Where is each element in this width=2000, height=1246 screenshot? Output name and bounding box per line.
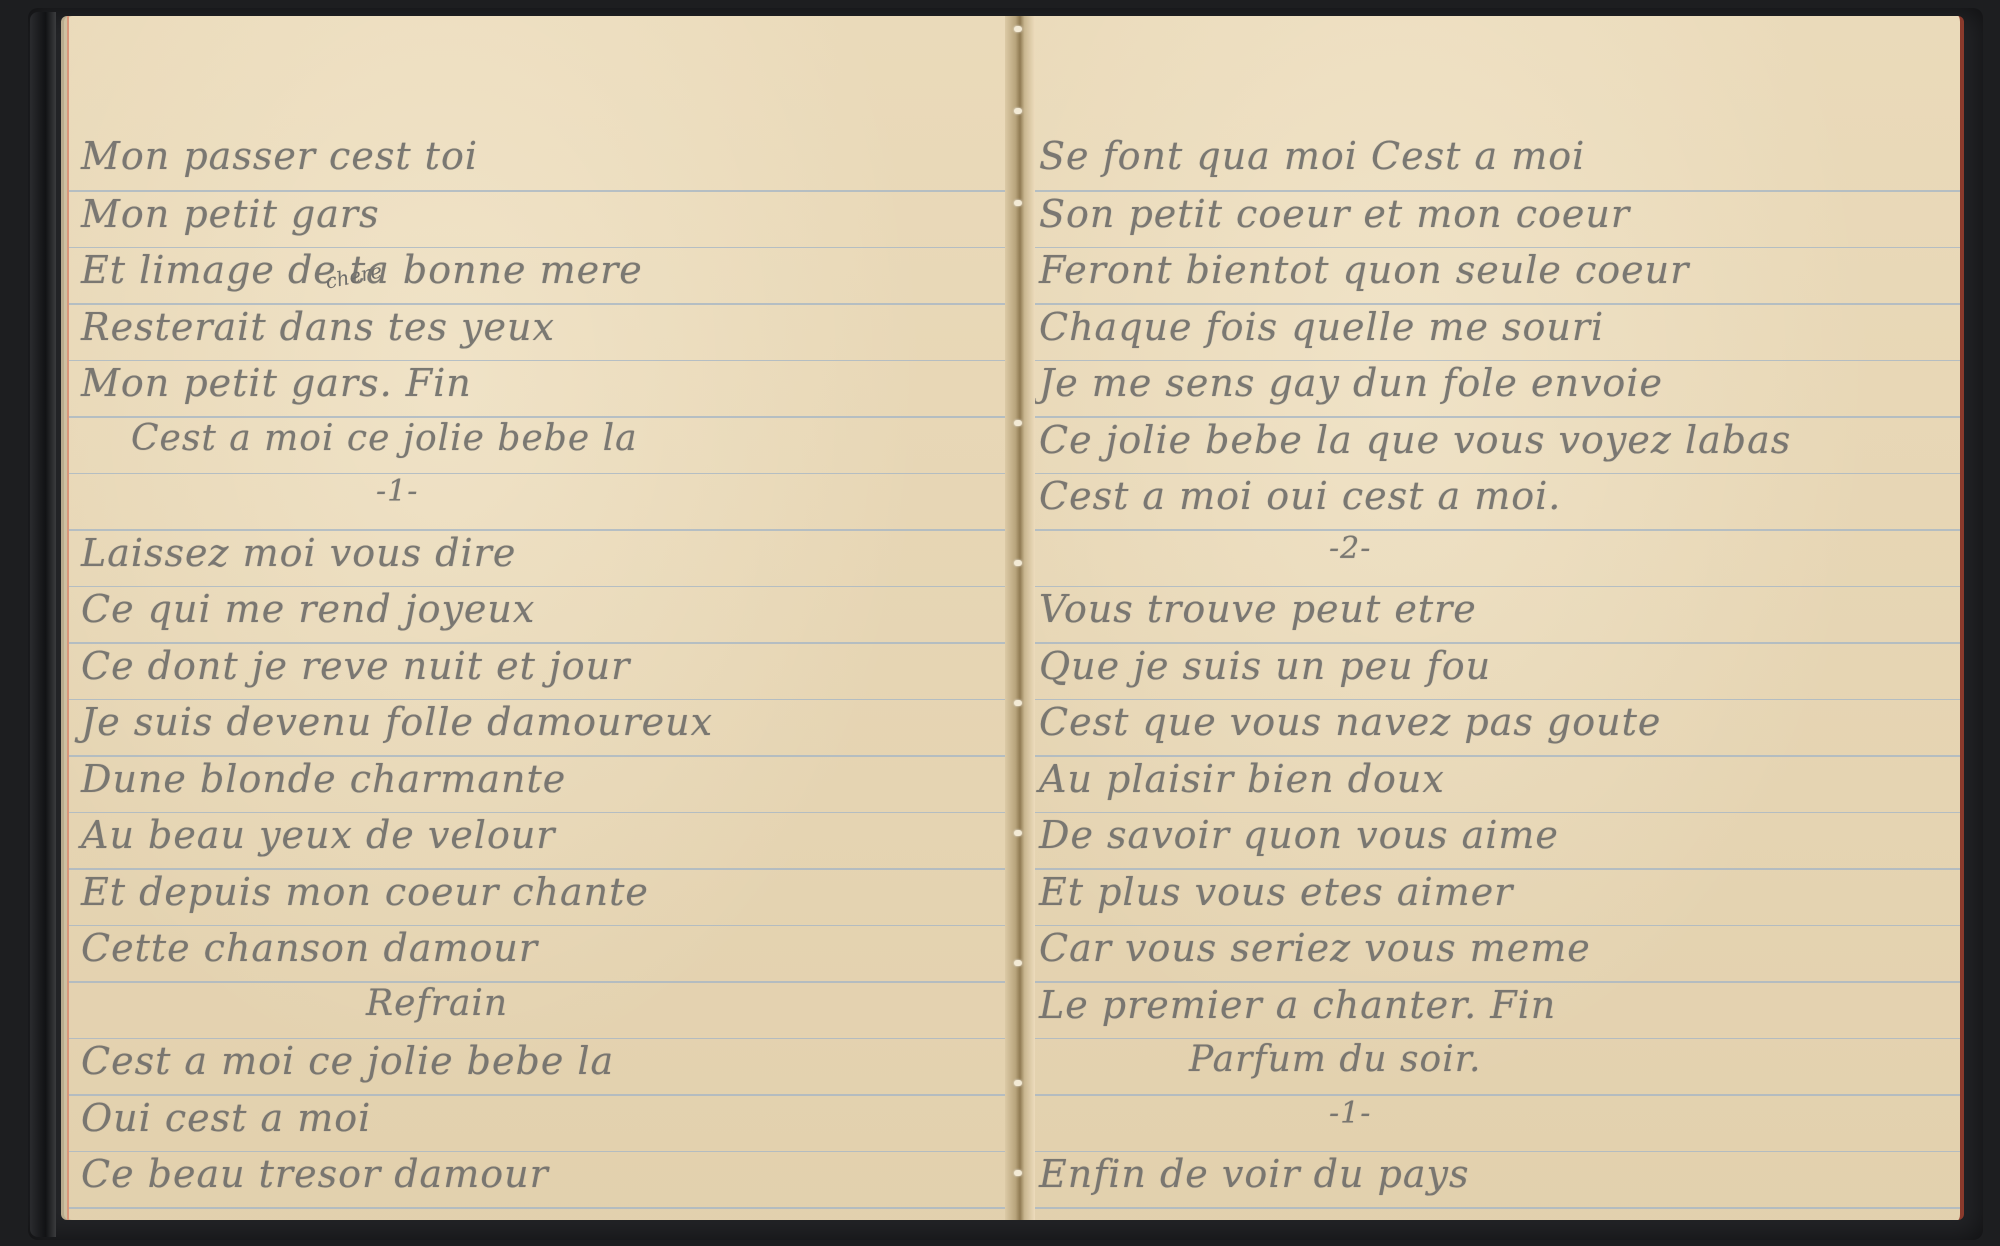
text-line: Laissez moi vous dire xyxy=(81,531,516,575)
text-line: Oui cest a moi xyxy=(81,1096,371,1140)
right-page: Se font qua moi Cest a moi Son petit coe… xyxy=(1025,16,1964,1220)
binding-stitch xyxy=(1014,960,1022,966)
text-line: Et plus vous etes aimer xyxy=(1039,870,1513,914)
text-line: Ce dont je reve nuit et jour xyxy=(81,644,630,688)
text-line: Que je suis un peu fou xyxy=(1039,644,1491,688)
right-page-text: Se font qua moi Cest a moi Son petit coe… xyxy=(1025,16,1960,1220)
text-line: Cest a moi oui cest a moi. xyxy=(1039,474,1561,518)
text-line: Enfin de voir du pays xyxy=(1039,1152,1469,1196)
text-line: Resterait dans tes yeux xyxy=(81,305,555,349)
text-line: Mon petit gars xyxy=(81,192,380,236)
text-line: Ce qui me rend joyeux xyxy=(81,587,535,631)
text-line: Ce jolie bebe la que vous voyez labas xyxy=(1039,418,1791,462)
binding-stitch xyxy=(1014,700,1022,706)
text-line: Le premier a chanter. Fin xyxy=(1039,983,1556,1027)
verse-number: -1- xyxy=(1329,1096,1371,1131)
text-line: Cette chanson damour xyxy=(81,926,538,970)
binding-stitch xyxy=(1014,830,1022,836)
text-line: Feront bientot quon seule coeur xyxy=(1039,248,1689,292)
text-line: Au plaisir bien doux xyxy=(1039,757,1445,801)
binding-stitch xyxy=(1014,26,1022,32)
text-line: Et depuis mon coeur chante xyxy=(81,870,649,914)
song-title: Parfum du soir. xyxy=(1189,1039,1481,1080)
refrain-heading: Refrain xyxy=(366,983,508,1024)
text-line: Vous trouve peut etre xyxy=(1039,587,1477,631)
binding-stitch xyxy=(1014,1080,1022,1086)
text-line: Chaque fois quelle me souri xyxy=(1039,305,1604,349)
text-line: Se font qua moi Cest a moi xyxy=(1039,134,1585,178)
text-line: Car vous seriez vous meme xyxy=(1039,926,1591,970)
text-line: Au beau yeux de velour xyxy=(81,813,555,857)
verse-number: -2- xyxy=(1329,531,1371,566)
binding-stitch xyxy=(1014,1170,1022,1176)
text-line: Dune blonde charmante xyxy=(81,757,566,801)
text-line: Ce beau tresor damour xyxy=(81,1152,549,1196)
binding-gutter xyxy=(1005,16,1035,1220)
cover-spine-edge xyxy=(30,12,56,1237)
text-line: Cest que vous navez pas goute xyxy=(1039,700,1661,744)
binding-stitch xyxy=(1014,200,1022,206)
text-line: Je suis devenu folle damoureux xyxy=(81,700,713,744)
left-page-red-edge xyxy=(67,16,69,1220)
verse-number: -1- xyxy=(376,474,418,509)
binding-stitch xyxy=(1014,420,1022,426)
text-line: Cest a moi ce jolie bebe la xyxy=(81,1039,614,1083)
left-page: Mon passer cest toi Mon petit gars Et li… xyxy=(67,16,1012,1220)
binding-stitch xyxy=(1014,560,1022,566)
text-line: Son petit coeur et mon coeur xyxy=(1039,192,1630,236)
binding-stitch xyxy=(1014,108,1022,114)
text-line: Mon passer cest toi xyxy=(81,134,478,178)
song-title: Cest a moi ce jolie bebe la xyxy=(131,418,638,459)
text-line: Je me sens gay dun fole envoie xyxy=(1039,361,1663,405)
text-line: De savoir quon vous aime xyxy=(1039,813,1559,857)
text-line: Mon petit gars. Fin xyxy=(81,361,472,405)
left-page-text: Mon passer cest toi Mon petit gars Et li… xyxy=(67,16,1012,1220)
